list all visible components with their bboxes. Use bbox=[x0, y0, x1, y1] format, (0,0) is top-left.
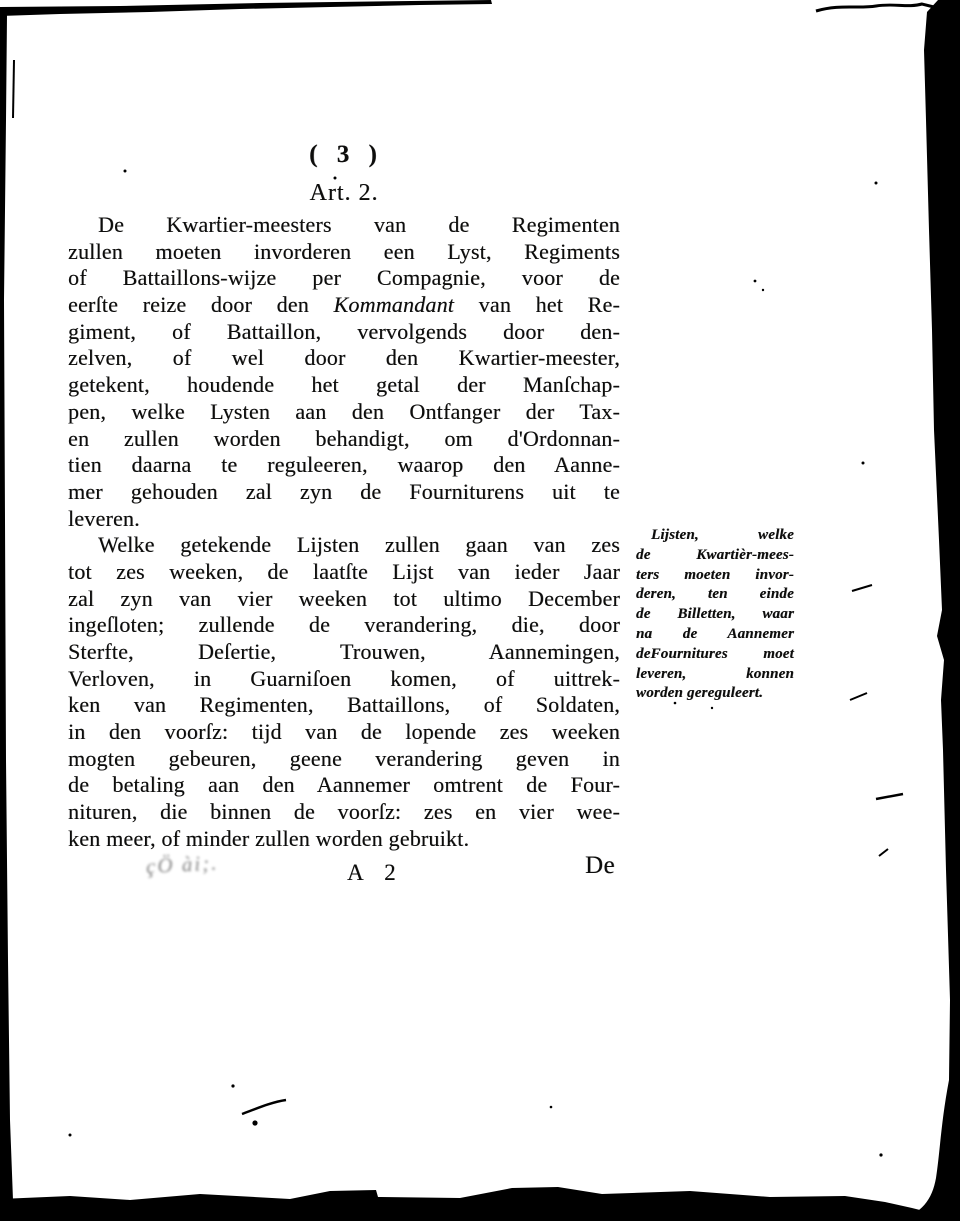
text-line: en zullen worden behandigt, om d'Ordonna… bbox=[68, 426, 620, 453]
text-line: zelven, of wel door den Kwartier-meester… bbox=[68, 345, 620, 372]
margin-dash-3 bbox=[876, 794, 903, 799]
text-line: getekent, houdende het getal der Manſcha… bbox=[68, 372, 620, 399]
text-line: de betaling aan den Aannemer omtrent de … bbox=[68, 772, 620, 799]
text-line: De Kwartier-meesters van de Regimenten bbox=[68, 212, 620, 239]
ink-speck bbox=[875, 182, 878, 185]
scan-edge-right bbox=[898, 0, 960, 1221]
scan-squiggle-top-right bbox=[816, 4, 938, 11]
text-line: Sterfte, Deſertie, Trouwen, Aannemingen, bbox=[68, 639, 620, 666]
text-line: of Battaillons-wijze per Compagnie, voor… bbox=[68, 265, 620, 292]
text-line: leveren, konnen bbox=[636, 665, 794, 685]
text-line: Verloven, in Guarniſoen komen, of uittre… bbox=[68, 666, 620, 693]
text-line: ken meer, of minder zullen worden gebrui… bbox=[68, 826, 620, 853]
margin-dash-2 bbox=[850, 693, 867, 700]
text-line: de Kwartièr-mees- bbox=[636, 546, 794, 566]
text-line: in den voorſz: tijd van de lopende zes w… bbox=[68, 719, 620, 746]
scan-edge-bottom bbox=[0, 1187, 960, 1221]
ink-speck bbox=[754, 280, 757, 283]
text-line: tien daarna te reguleeren, waarop den Aa… bbox=[68, 452, 620, 479]
ink-speck bbox=[711, 707, 713, 709]
text-line: ingeſloten; zullende de verandering, die… bbox=[68, 612, 620, 639]
page-number: ( 3 ) bbox=[68, 141, 620, 169]
catchword: De bbox=[585, 852, 615, 880]
text-line: zal zyn van vier weeken tot ultimo Decem… bbox=[68, 586, 620, 613]
text-line: mer gehouden zal zyn de Fourniturens uit… bbox=[68, 479, 620, 506]
scanned-document-page: ( 3 ) Art. 2. De Kwartier-meesters van d… bbox=[0, 0, 960, 1221]
signature-mark: A 2 bbox=[347, 860, 396, 886]
text-line: leveren. bbox=[68, 506, 620, 533]
article-body-text: De Kwartier-meesters van de Regimentenzu… bbox=[68, 212, 620, 853]
margin-dash-1 bbox=[852, 585, 872, 591]
left-margin-tick bbox=[13, 60, 14, 118]
text-line: de Billetten, waar bbox=[636, 605, 794, 625]
margin-note: Lijsten, welkede Kwartièr-mees-ters moet… bbox=[636, 526, 794, 704]
ink-speck bbox=[550, 1106, 553, 1109]
text-line: tot zes weeken, de laatſte Lijst van ied… bbox=[68, 559, 620, 586]
text-line: Lijsten, welke bbox=[636, 526, 794, 546]
ink-speck bbox=[231, 1084, 234, 1087]
text-line: Welke getekende Lijsten zullen gaan van … bbox=[68, 532, 620, 559]
ink-speck bbox=[69, 1134, 72, 1137]
article-heading: Art. 2. bbox=[68, 180, 620, 207]
margin-tick bbox=[879, 849, 888, 856]
text-line: na de Aannemer bbox=[636, 625, 794, 645]
ink-speck bbox=[124, 170, 127, 173]
scan-edge-top bbox=[0, 0, 492, 16]
ink-speck bbox=[762, 289, 764, 291]
ink-speck bbox=[252, 1120, 257, 1125]
ink-speck bbox=[879, 1153, 882, 1156]
text-line: eerſte reize door den Kommandant van het… bbox=[68, 292, 620, 319]
text-line: deren, ten einde bbox=[636, 585, 794, 605]
text-line: worden gereguleert. bbox=[636, 684, 794, 704]
text-line: giment, of Battaillon, vervolgends door … bbox=[68, 319, 620, 346]
text-line: nituren, die binnen de voorſz: zes en vi… bbox=[68, 799, 620, 826]
text-line: ken van Regimenten, Battaillons, of Sold… bbox=[68, 692, 620, 719]
ink-smudge-text: çÖ ài;. bbox=[145, 848, 276, 880]
text-line: deFournitures moet bbox=[636, 645, 794, 665]
scan-edge-left bbox=[0, 14, 13, 1202]
pen-stroke-bottom-left bbox=[242, 1100, 286, 1114]
ink-speck bbox=[862, 462, 865, 465]
text-line: pen, welke Lysten aan den Ontfanger der … bbox=[68, 399, 620, 426]
text-line: ters moeten invor- bbox=[636, 566, 794, 586]
text-line: mogten gebeuren, geene verandering geven… bbox=[68, 746, 620, 773]
text-line: zullen moeten invorderen een Lyst, Regim… bbox=[68, 239, 620, 266]
